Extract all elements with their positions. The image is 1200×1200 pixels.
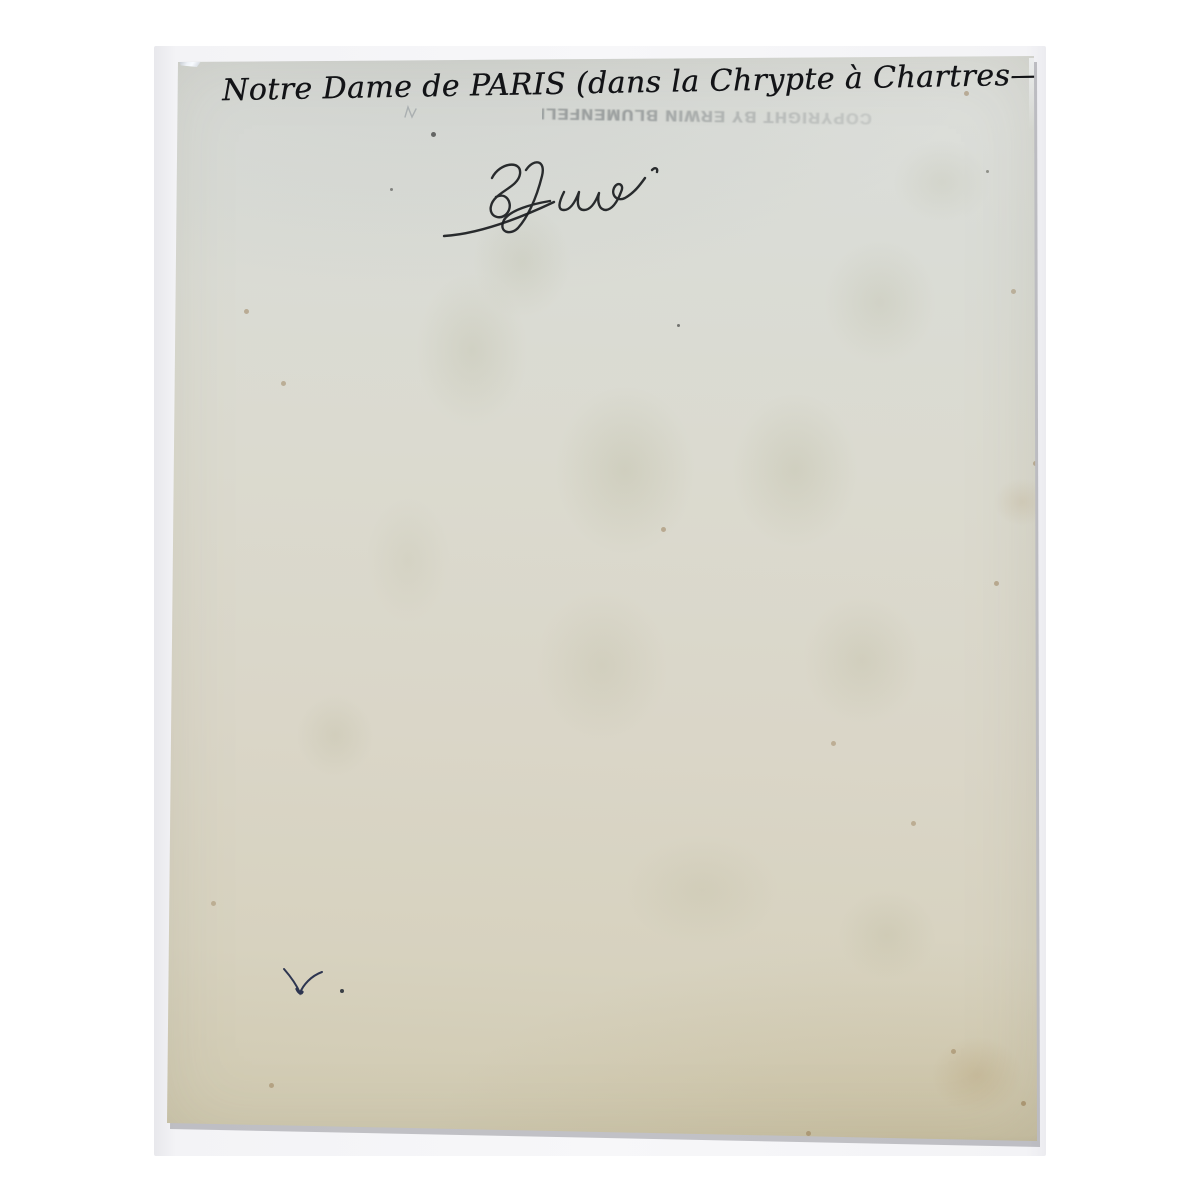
check-mark — [278, 965, 328, 1005]
photo-verso-paper: Notre Dame de PARIS (dans la Chrypte à C… — [150, 40, 1050, 1150]
ink-dot — [340, 989, 344, 993]
ink-signature — [430, 152, 665, 252]
scan-of-photo-verso: Notre Dame de PARIS (dans la Chrypte à C… — [0, 0, 1200, 1200]
pencil-mark — [402, 104, 420, 120]
foxing-specks — [150, 40, 153, 43]
